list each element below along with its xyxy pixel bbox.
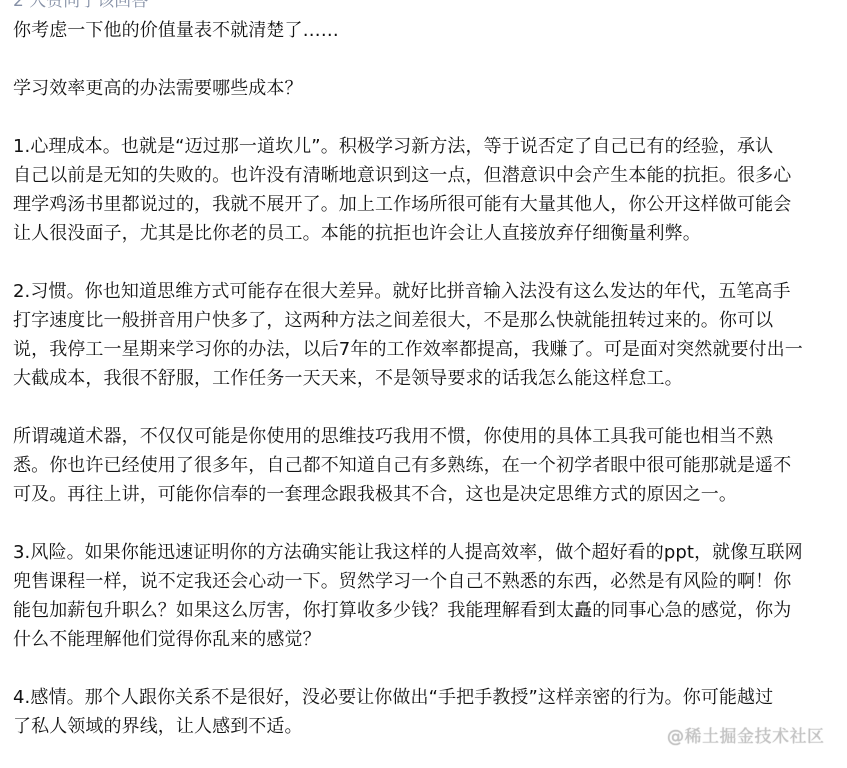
paragraph-spacer [13, 103, 843, 132]
text-line: 所谓魂道术器，不仅仅可能是你使用的思维技巧我用不惯，你使用的具体工具我可能也相当… [13, 422, 843, 451]
text-line: 打字速度比一般拼音用户快多了，这两种方法之间差很大，不是那么快就能扭转过来的。你… [13, 306, 843, 335]
text-line: 大截成本，我很不舒服，工作任务一天天来，不是领导要求的话我怎么能这样怠工。 [13, 364, 843, 393]
intro-paragraph: 你考虑一下他的价值量表不就清楚了…… [13, 16, 843, 45]
text-line: 什么不能理解他们觉得你乱来的感觉？ [13, 625, 843, 654]
text-line: 兜售课程一样，说不定我还会心动一下。贸然学习一个自己不熟悉的东西，必然是有风险的… [13, 567, 843, 596]
text-line: 说，我停工一星期来学习你的办法，以后7年的工作效率都提高，我赚了。可是面对突然就… [13, 335, 843, 364]
paragraph-spacer [13, 393, 843, 422]
paragraph-spacer [13, 248, 843, 277]
paragraph-spacer [13, 509, 843, 538]
text-line: 2.习惯。你也知道思维方式可能存在很大差异。就好比拼音输入法没有这么发达的年代，… [13, 277, 843, 306]
text-line: 能包加薪包升职么？如果这么厉害，你打算收多少钱？我能理解看到太矗的同事心急的感觉… [13, 596, 843, 625]
text-line: 让人很没面子，尤其是比你老的员工。本能的抗拒也许会让人直接放弃仔细衡量利弊。 [13, 219, 843, 248]
point-risk: 3.风险。如果你能迅速证明你的方法确实能让我这样的人提高效率，做个超好看的ppt… [13, 538, 843, 654]
text-line: 可及。再往上讲，可能你信奉的一套理念跟我极其不合，这也是决定思维方式的原因之一。 [13, 480, 843, 509]
paragraph-dao-shu: 所谓魂道术器，不仅仅可能是你使用的思维技巧我用不惯，你使用的具体工具我可能也相当… [13, 422, 843, 509]
question-paragraph: 学习效率更高的办法需要哪些成本？ [13, 74, 843, 103]
watermark: @稀土掘金技术社区 [667, 724, 825, 750]
paragraph-spacer [13, 654, 843, 683]
answer-content: 2 人赞同了该回答 你考虑一下他的价值量表不就清楚了…… 学习效率更高的办法需要… [13, 0, 843, 741]
text-line: 4.感情。那个人跟你关系不是很好，没必要让你做出“手把手教授”这样亲密的行为。你… [13, 683, 843, 712]
point-habit: 2.习惯。你也知道思维方式可能存在很大差异。就好比拼音输入法没有这么发达的年代，… [13, 277, 843, 393]
text-line: 3.风险。如果你能迅速证明你的方法确实能让我这样的人提高效率，做个超好看的ppt… [13, 538, 843, 567]
paragraph-spacer [13, 45, 843, 74]
text-line: 理学鸡汤书里都说过的，我就不展开了。加上工作场所很可能有大量其他人，你公开这样做… [13, 190, 843, 219]
point-psychological-cost: 1.心理成本。也就是“迈过那一道坎儿”。积极学习新方法，等于说否定了自己已有的经… [13, 132, 843, 248]
text-line: 悉。你也许已经使用了很多年，自己都不知道自己有多熟练，在一个初学者眼中很可能那就… [13, 451, 843, 480]
upvote-count-meta: 2 人赞同了该回答 [13, 0, 843, 16]
text-line: 自己以前是无知的失败的。也许没有清晰地意识到这一点，但潜意识中会产生本能的抗拒。… [13, 161, 843, 190]
text-line: 1.心理成本。也就是“迈过那一道坎儿”。积极学习新方法，等于说否定了自己已有的经… [13, 132, 843, 161]
